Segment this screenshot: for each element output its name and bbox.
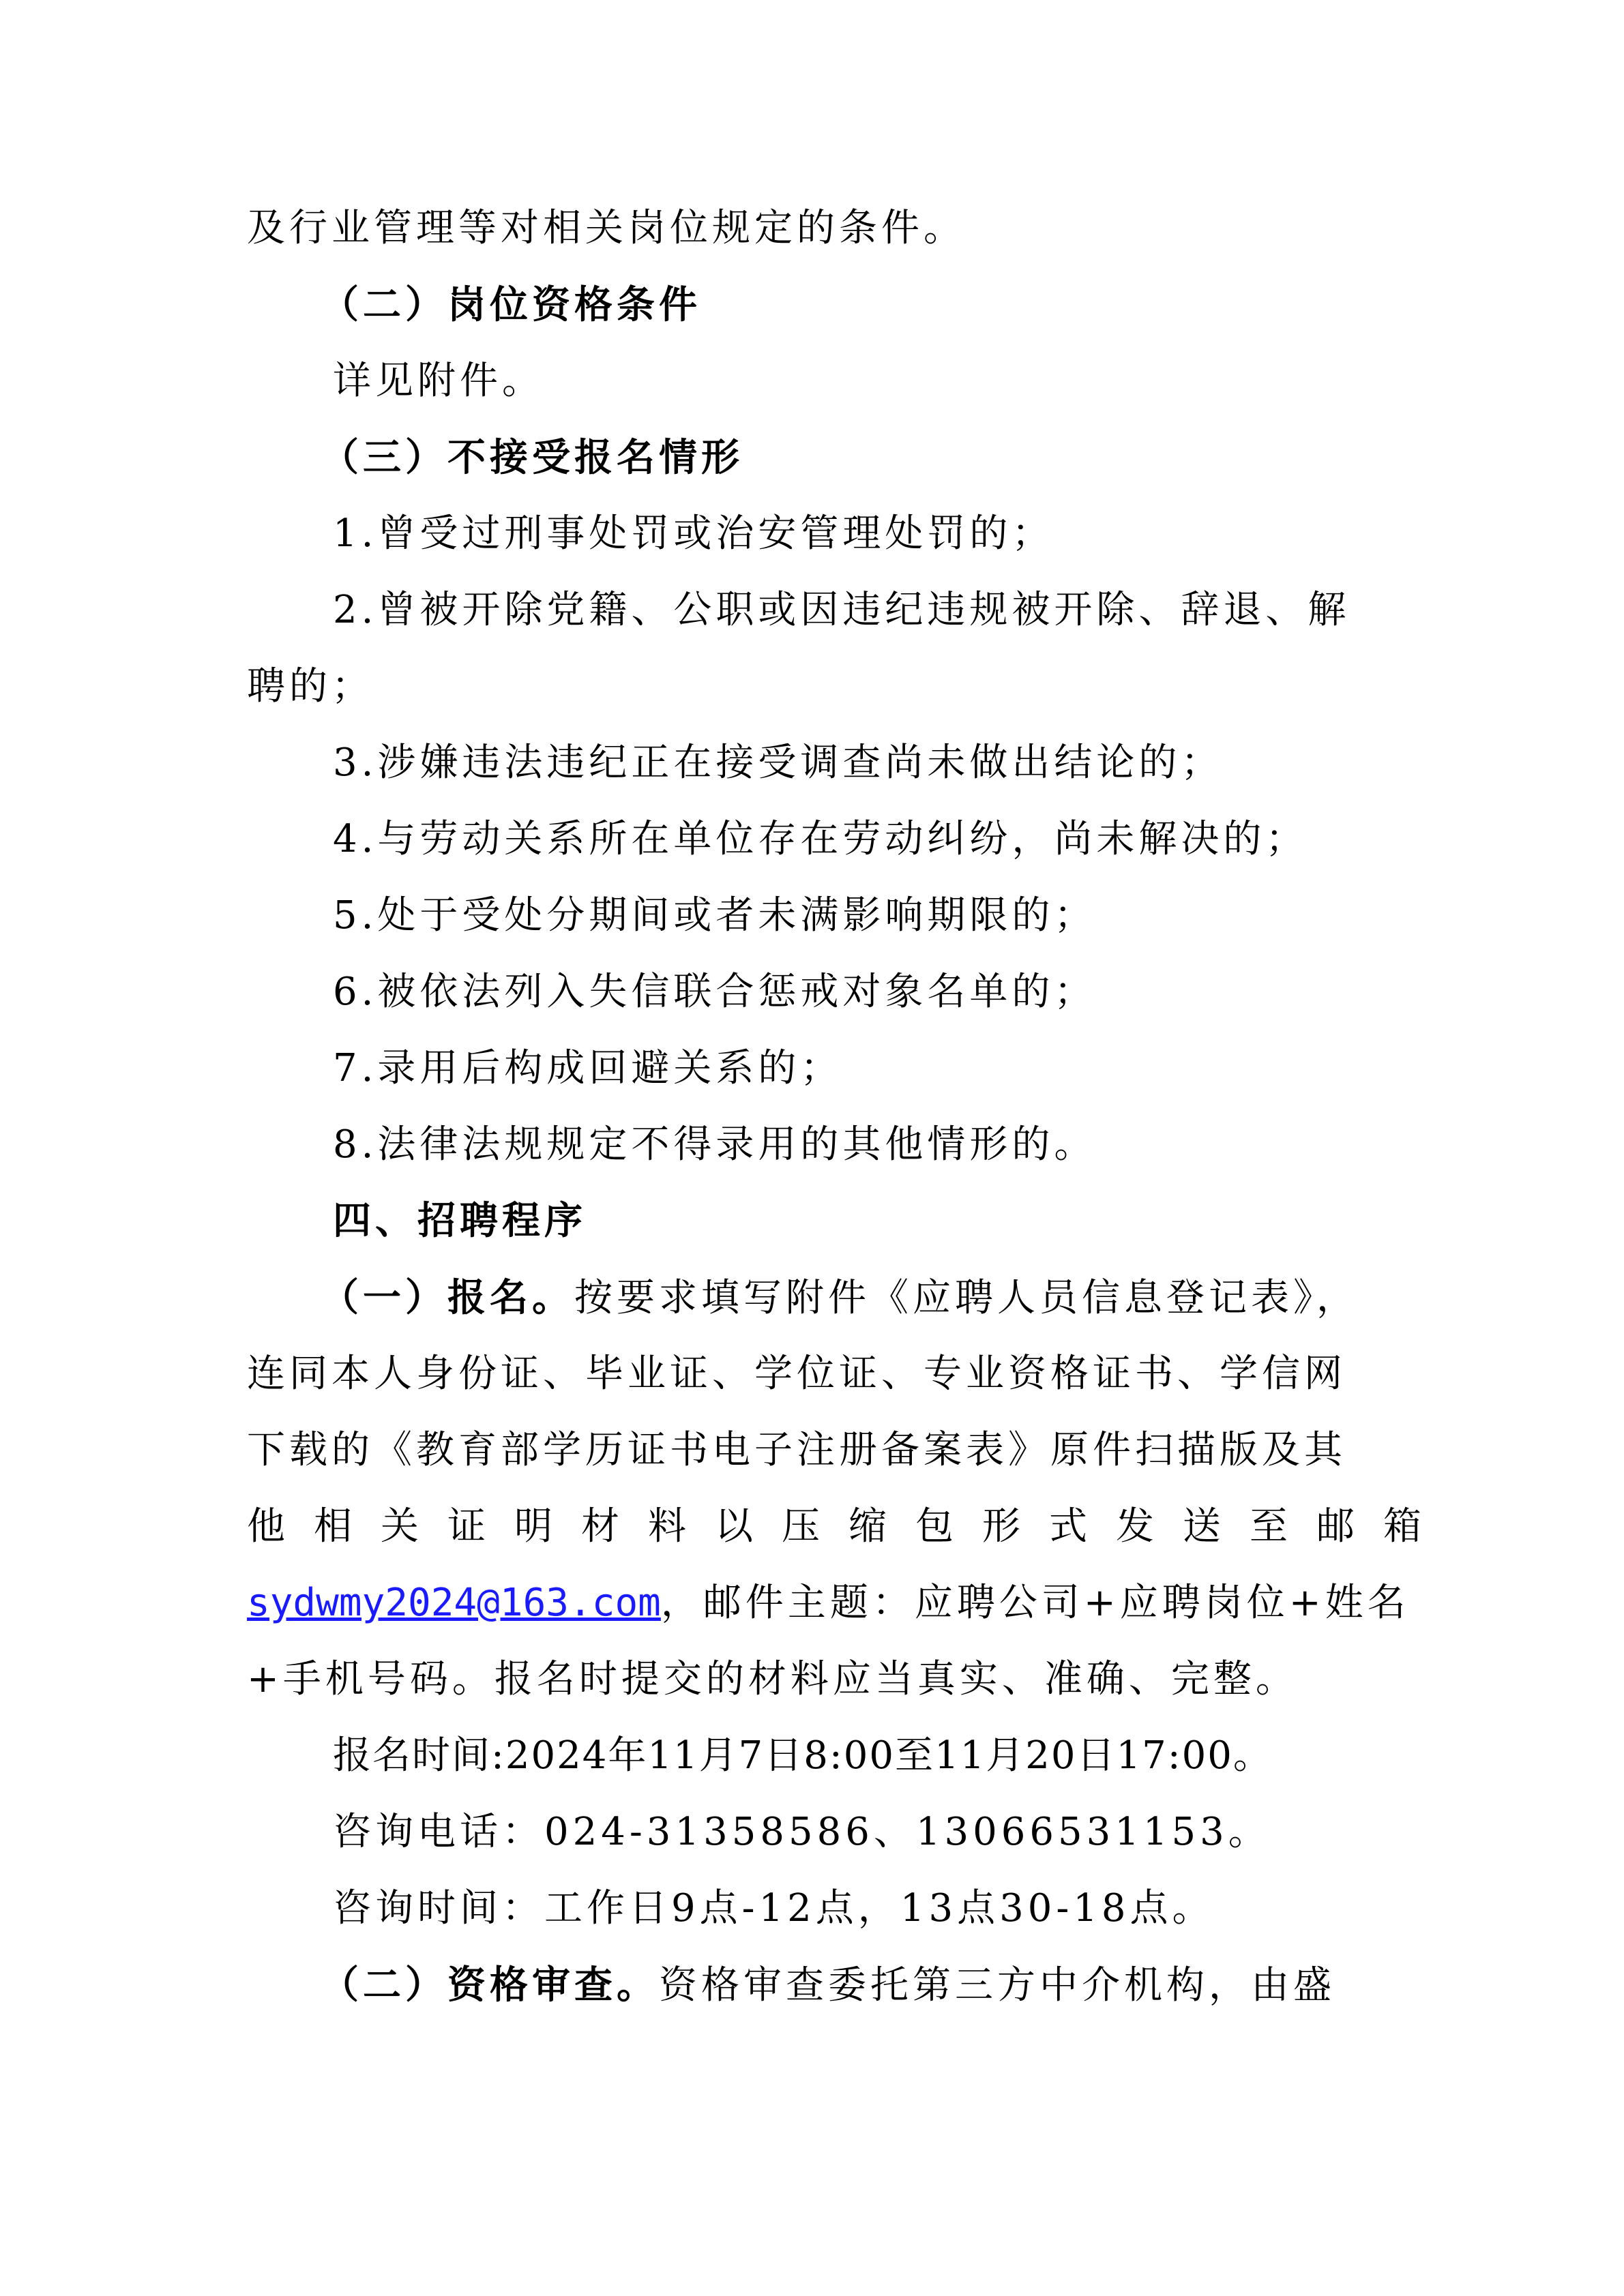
email-link[interactable]: sydwmy2024@163.com <box>247 1581 661 1625</box>
list-item: 5.处于受处分期间或者未满影响期限的； <box>333 892 1472 940</box>
subsection-heading-qualifications: （二）岗位资格条件 <box>321 281 1460 329</box>
contact-phone: 咨询电话：024-31358586、13066531153。 <box>333 1808 1472 1856</box>
paragraph-text: 资格审查委托第三方中介机构，由盛 <box>659 1963 1335 2008</box>
paragraph-line: +手机号码。报名时提交的材料应当真实、准确、完整。 <box>247 1656 1386 1703</box>
list-item: 3.涉嫌违法违纪正在接受调查尚未做出结论的； <box>333 739 1472 787</box>
list-item: 6.被依法列入失信联合惩戒对象名单的； <box>333 968 1472 1016</box>
paragraph-line: （一）报名。按要求填写附件《应聘人员信息登记表》， <box>321 1274 1460 1322</box>
paragraph-line: 及行业管理等对相关岗位规定的条件。 <box>247 205 1386 252</box>
paragraph-line: sydwmy2024@163.com，邮件主题：应聘公司+应聘岗位+姓名 <box>247 1579 1386 1627</box>
paragraph-line: （二）资格审查。资格审查委托第三方中介机构，由盛 <box>321 1961 1460 2010</box>
subsection-heading-exclusions: （三）不接受报名情形 <box>321 434 1460 481</box>
list-item-continuation: 聘的； <box>247 663 1386 711</box>
paragraph-line: 详见附件。 <box>333 357 1472 405</box>
step-label-registration: （一）报名。 <box>321 1275 574 1320</box>
paragraph-line: 连同本人身份证、毕业证、学位证、专业资格证书、学信网 <box>247 1350 1386 1398</box>
paragraph-line: 下载的《教育部学历证书电子注册备案表》原件扫描版及其 <box>247 1427 1386 1474</box>
registration-time: 报名时间:2024年11月7日8:00至11月20日17:00。 <box>333 1732 1472 1780</box>
list-item: 4.与劳动关系所在单位存在劳动纠纷，尚未解决的； <box>333 816 1472 863</box>
section-heading-recruitment-procedure: 四、招聘程序 <box>333 1197 1472 1245</box>
document-page: 及行业管理等对相关岗位规定的条件。 （二）岗位资格条件 详见附件。 （三）不接受… <box>0 0 1624 2296</box>
list-item: 2.曾被开除党籍、公职或因违纪违规被开除、辞退、解 <box>333 586 1472 634</box>
list-item: 7.录用后构成回避关系的； <box>333 1045 1472 1092</box>
paragraph-text: 按要求填写附件《应聘人员信息登记表》， <box>574 1276 1359 1320</box>
paragraph-line: 他相关证明材料以压缩包形式发送至邮箱 <box>247 1503 1386 1551</box>
step-label-qualification-review: （二）资格审查。 <box>321 1963 659 2008</box>
paragraph-text: ，邮件主题：应聘公司+应聘岗位+姓名 <box>661 1581 1410 1625</box>
list-item: 1.曾受过刑事处罚或治安管理处罚的； <box>333 510 1472 558</box>
list-item: 8.法律法规规定不得录用的其他情形的。 <box>333 1121 1472 1169</box>
contact-hours: 咨询时间：工作日9点-12点，13点30-18点。 <box>333 1885 1472 1933</box>
